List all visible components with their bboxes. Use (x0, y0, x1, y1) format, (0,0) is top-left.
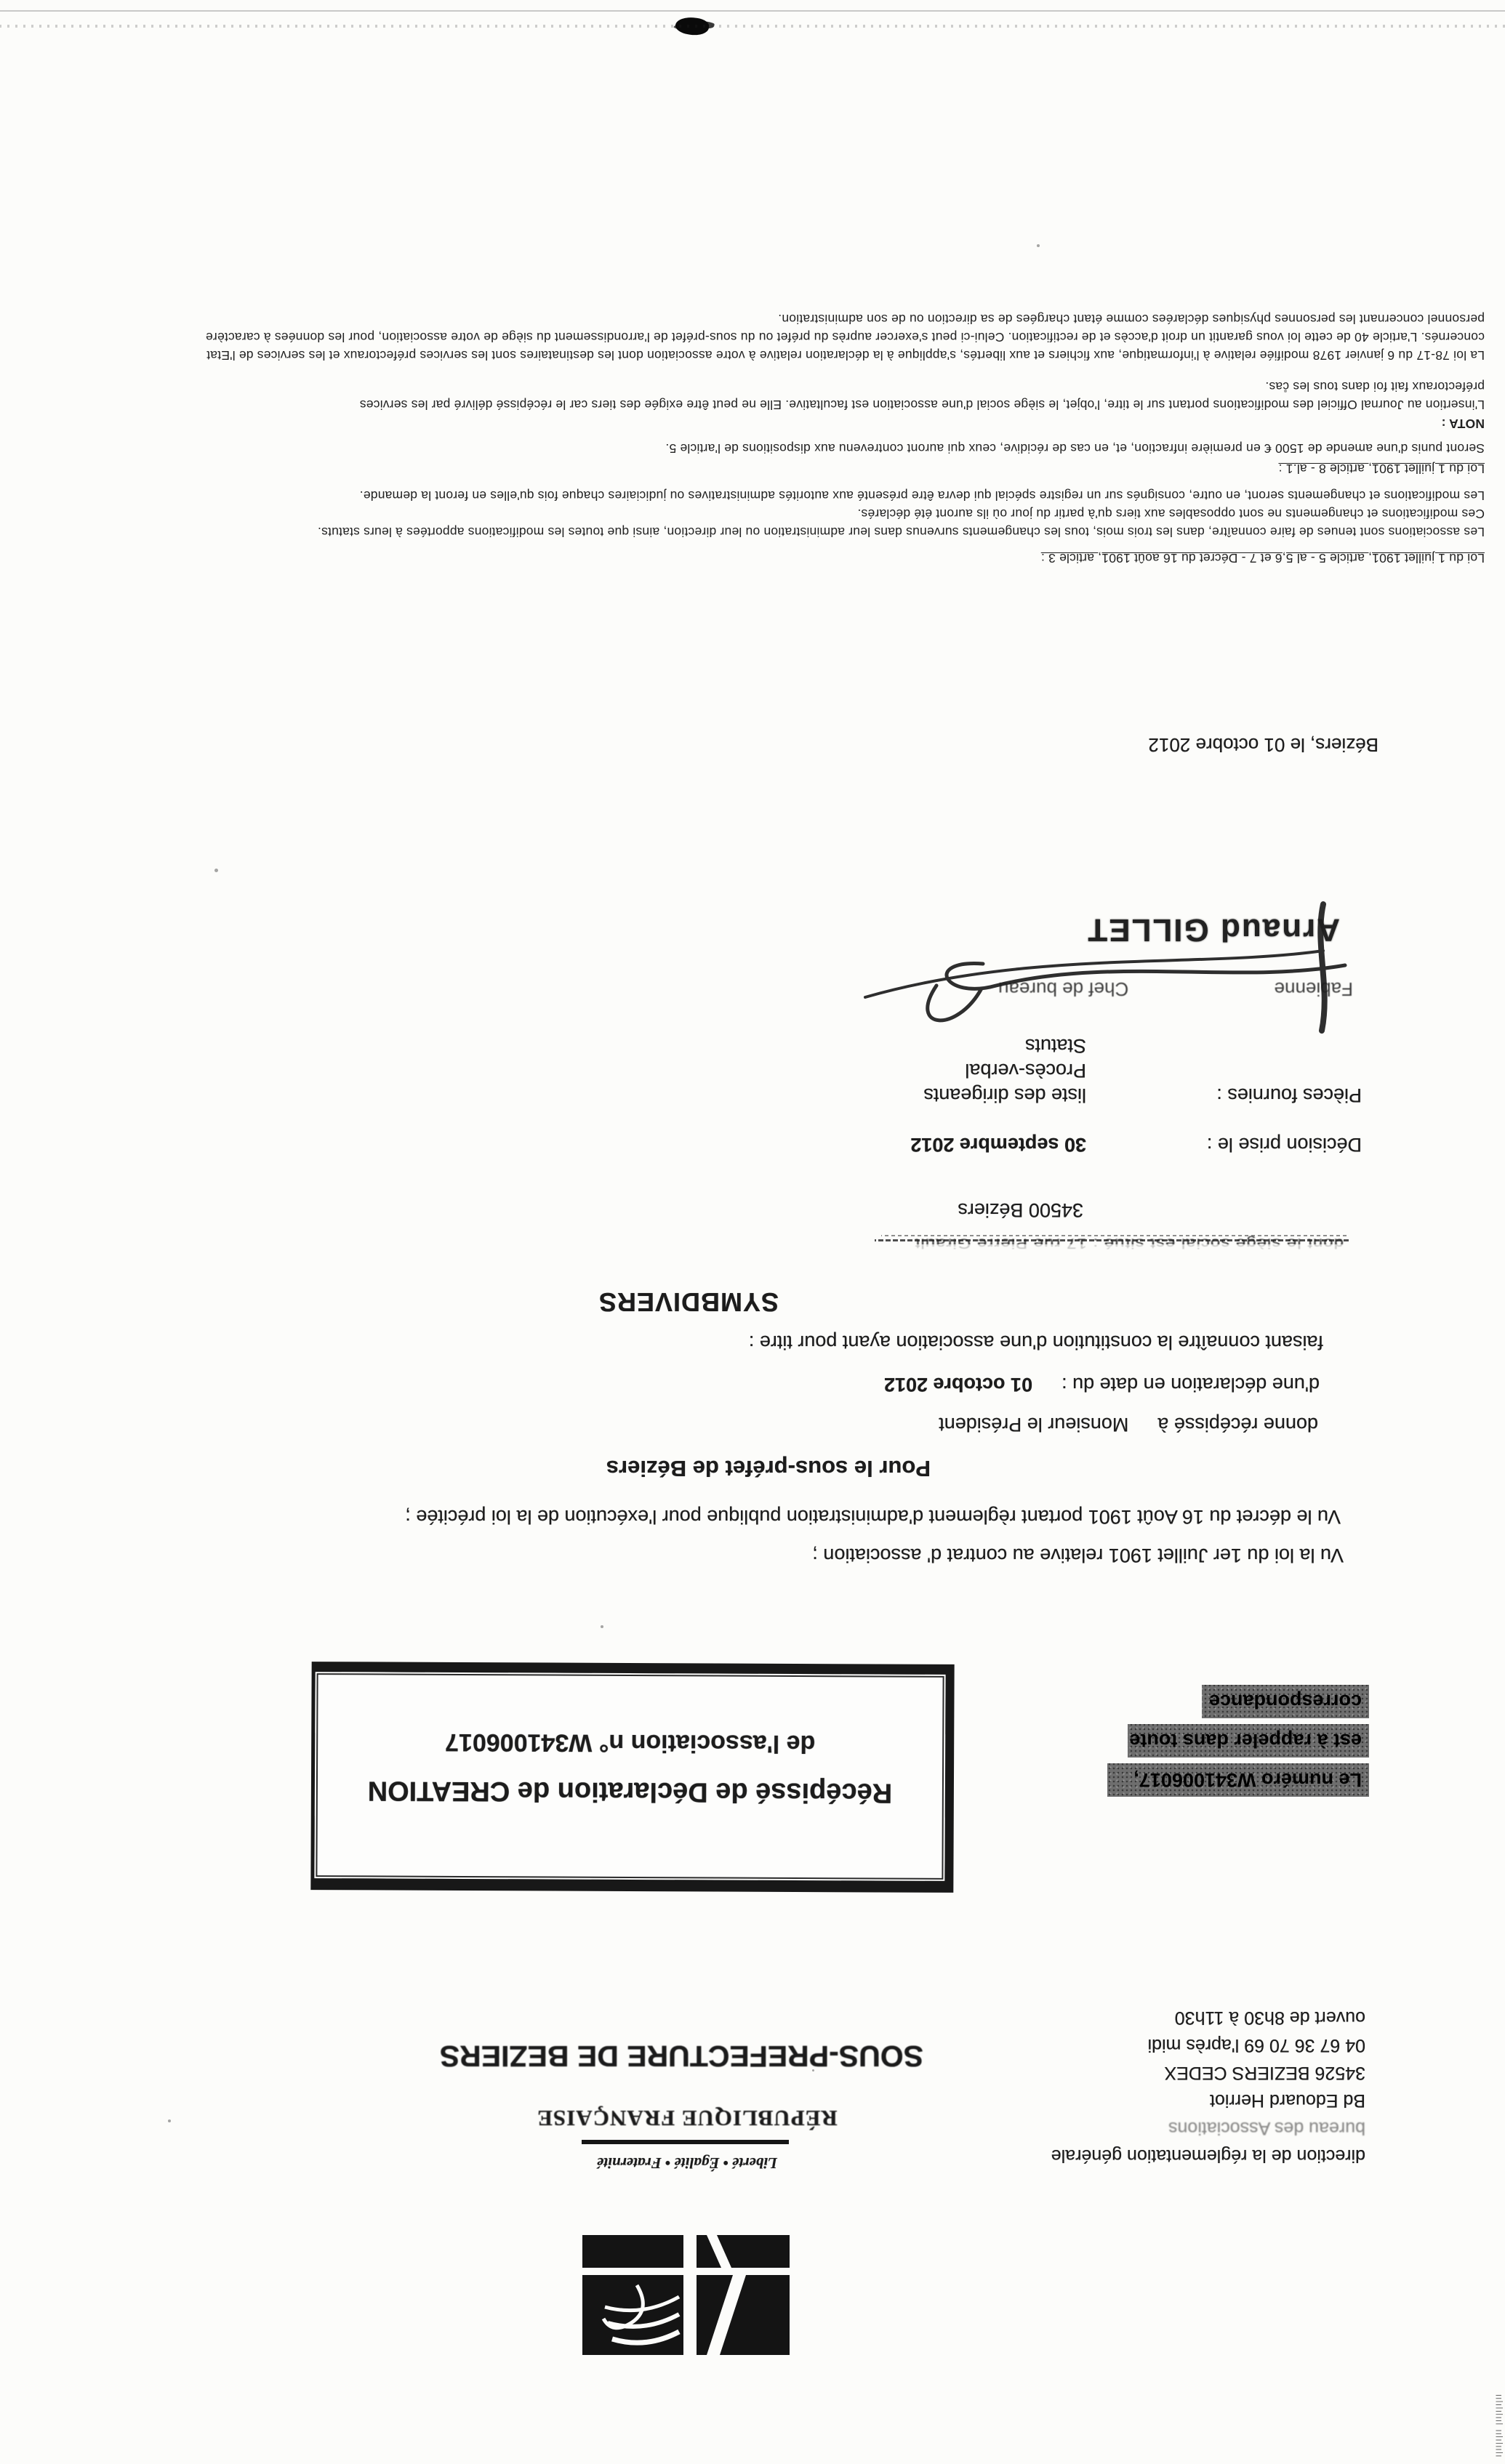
handwritten-signature (836, 861, 1374, 1054)
footer-ref-1: Loi du 1 juillet 1901, article 5 - al 5,… (1041, 550, 1485, 565)
prefecture-title: SOUS-PREFECTURE DE BEZIERS (458, 2039, 923, 2073)
logo-divider (582, 2140, 789, 2144)
association-number: de l'association n° W341006017 (445, 1728, 815, 1758)
purpose-line: faisant connaître la constitution d'une … (749, 1331, 1323, 1353)
scan-edge-line (0, 10, 1505, 12)
reference-number-highlight: Le numéro W341006017, (1107, 1763, 1369, 1797)
document-page: Liberté • Égalité • Fraternité RÉPUBLIQU… (0, 0, 1505, 2464)
footer-line: Les modifications et changements seront,… (360, 488, 1485, 503)
scanner-edge-marks: l|ll|l|ll |ll|l|l|ll (1496, 2393, 1504, 2457)
decision-label: Décision prise le : (1207, 1133, 1362, 1156)
footer-line: Seront punis d'une amende de 1500 € en p… (665, 440, 1485, 456)
struck-address-line: dont le siège social est situé : 17 rue … (878, 1235, 1344, 1251)
recipient: Monsieur le Président (939, 1414, 1128, 1436)
visa-decree-line: Vu le décret du 16 Août 1901 portant règ… (405, 1505, 1341, 1528)
footer-ref-2: Loi du 1 juillet 1901, article 8 - al.1 … (1278, 461, 1485, 476)
scan-noise-band (0, 25, 1505, 28)
reference-note-highlight: est à rappeler dans toute (1128, 1724, 1369, 1758)
reference-note-highlight: correspondance (1202, 1685, 1369, 1718)
contact-line: bureau des Associations (1051, 2114, 1365, 2142)
scan-speck (168, 2119, 171, 2122)
association-name: SYMBDIVERS (598, 1287, 779, 1317)
pieces-item: Procès-verbal (965, 1059, 1086, 1082)
republic-title: RÉPUBLIQUE FRANÇAISE (494, 2105, 880, 2131)
receipt-text: donne récépissé à (1157, 1414, 1318, 1436)
visa-law-line: Vu la loi du 1er Juillet 1901 relative a… (812, 1544, 1344, 1566)
place-date-line: Béziers, le 01 octobre 2012 (1148, 733, 1378, 756)
footer-line: Les associations sont tenues de faire co… (318, 524, 1485, 539)
scan-speck (1037, 244, 1040, 247)
contact-line: direction de la réglementation générale (1051, 2142, 1365, 2170)
decision-date: 30 septembre 2012 (910, 1133, 1086, 1156)
republic-motto: Liberté • Égalité • Fraternité (523, 2154, 851, 2172)
footer-line: personnel concernant les personnes physi… (778, 311, 1485, 326)
scan-speck (601, 1625, 603, 1628)
pieces-label: Pièces fournies : (1216, 1084, 1362, 1106)
receipt-title: Récépissé de Déclaration de CREATION (368, 1774, 893, 1808)
strikethrough-mark (875, 1239, 1349, 1241)
receipt-line: donne récépissé àMonsieur le Président (939, 1413, 1318, 1436)
scan-speck (214, 869, 218, 872)
siege-city: 34500 Béziers (958, 1199, 1083, 1221)
pieces-item: liste des dirigeants (923, 1084, 1086, 1106)
scan-speck (1284, 390, 1287, 392)
receipt-title-box: Récépissé de Déclaration de CREATION de … (310, 1662, 954, 1893)
contact-block: direction de la réglementation générale … (1051, 2004, 1365, 2170)
marianne-logo-icon (582, 2231, 790, 2355)
contact-line: Bd Edouard Herriot (1051, 2087, 1365, 2114)
declaration-date: 01 octobre 2012 (884, 1374, 1032, 1396)
contact-line: ouvert de 8h30 à 11h30 (1051, 2004, 1365, 2032)
footer-line: La loi 78-17 du 6 janvier 1978 modifiée … (206, 347, 1485, 363)
footer-line: préfectoraux fait foi dans tous les cas. (1265, 379, 1485, 394)
declaration-line: d'une déclaration en date du :01 octobre… (884, 1373, 1320, 1396)
footer-line: concernés. L'article 40 de cette loi vou… (206, 329, 1485, 345)
contact-line: 34526 BEZIERS CEDEX (1051, 2059, 1365, 2087)
footer-line: Ces modifications et changements ne sont… (857, 506, 1485, 521)
footer-nota-label: NOTA : (1441, 416, 1485, 431)
strikethrough-mark (881, 1235, 1347, 1236)
authority-line: Pour le sous-préfet de Béziers (606, 1455, 931, 1481)
footer-line: L'insertion au Journal Officiel des modi… (360, 397, 1485, 412)
contact-line: 04 67 36 70 69 l'après midi (1051, 2032, 1365, 2059)
declaration-label: d'une déclaration en date du : (1061, 1374, 1320, 1396)
scanned-document: Liberté • Égalité • Fraternité RÉPUBLIQU… (0, 0, 1505, 2464)
scan-speck (812, 2069, 814, 2072)
